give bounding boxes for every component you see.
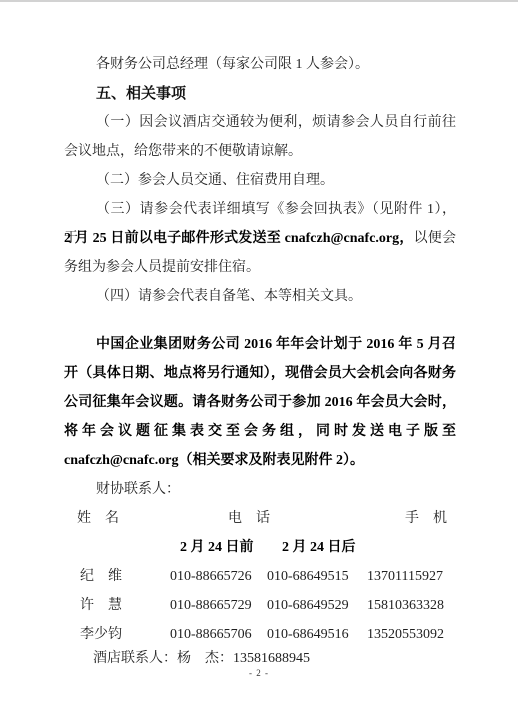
contact-phone-before: 010-88665729 (170, 591, 252, 620)
item1-line1: （一）因会议酒店交通较为便利，烦请参会人员自行前往 (64, 108, 456, 137)
contact-name: 李少钧 (80, 620, 122, 649)
item2-line: （二）参会人员交通、住宿费用自理。 (64, 166, 456, 195)
annual-meeting-line4: 将年会议题征集表交至会务组，同时发送电子版至 (64, 417, 456, 446)
annual-meeting-line5: cnafczh@cnafc.org（相关要求及附表见附件 2）。 (64, 446, 456, 475)
paragraph-gap (64, 311, 456, 330)
contacts-label: 财协联系人： (64, 475, 456, 504)
document-page: 各财务公司总经理（每家公司限 1 人参会）。 五、相关事项 （一）因会议酒店交通… (0, 0, 518, 724)
annual-meeting-line3: 公司征集年会议题。请各财务公司于参加 2016 年会员大会时， (64, 388, 456, 417)
item3-line2: 2 月 25 日前以电子邮件形式发送至 cnafczh@cnafc.org，以便… (64, 224, 456, 253)
subheader-phone-after: 2 月 24 日后 (282, 533, 356, 562)
header-mobile: 手 机 (405, 504, 447, 533)
contact-mobile: 13701115927 (367, 562, 443, 591)
contacts-table-subheader-row: 2 月 24 日前 2 月 24 日后 (64, 533, 456, 562)
contact-mobile: 13520553092 (367, 620, 444, 649)
item3-line2-tail-text: 以便会 (414, 231, 456, 246)
document-content: 各财务公司总经理（每家公司限 1 人参会）。 五、相关事项 （一）因会议酒店交通… (64, 50, 456, 673)
contact-phone-after: 010-68649515 (267, 562, 349, 591)
subheader-phone-before: 2 月 24 日前 (180, 533, 254, 562)
table-row: 纪 维 010-88665726 010-68649515 1370111592… (64, 562, 456, 591)
contact-phone-before: 010-88665706 (170, 620, 252, 649)
contacts-table-header-row: 姓 名 电 话 手 机 (64, 504, 456, 533)
contact-mobile: 15810363328 (367, 591, 444, 620)
page-number: - 2 - (0, 668, 518, 678)
item3-line2-bold-text: 2 月 25 日前以电子邮件形式发送至 cnafczh@cnafc.org， (64, 231, 414, 246)
annual-meeting-line2: 开（具体日期、地点将另行通知），现借会员大会机会向各财务 (64, 359, 456, 388)
item4-line: （四）请参会代表自备笔、本等相关文具。 (64, 282, 456, 311)
header-phone: 电 话 (228, 504, 270, 533)
contact-phone-after: 010-68649529 (267, 591, 349, 620)
header-name: 姓 名 (77, 504, 119, 533)
item3-line1: （三）请参会代表详细填写《参会回执表》（见附件 1），于 (64, 195, 456, 224)
contact-phone-after: 010-68649516 (267, 620, 349, 649)
contact-name: 许 慧 (80, 591, 122, 620)
item3-line3: 务组为参会人员提前安排住宿。 (64, 253, 456, 282)
page-top-border (0, 0, 518, 2)
contact-name: 纪 维 (80, 562, 122, 591)
table-row: 许 慧 010-88665729 010-68649529 1581036332… (64, 591, 456, 620)
table-row: 李少钧 010-88665706 010-68649516 1352055309… (64, 620, 456, 649)
section-heading: 五、相关事项 (64, 79, 456, 108)
attendees-line: 各财务公司总经理（每家公司限 1 人参会）。 (64, 50, 456, 79)
contact-phone-before: 010-88665726 (170, 562, 252, 591)
annual-meeting-line1: 中国企业集团财务公司 2016 年年会计划于 2016 年 5 月召 (64, 330, 456, 359)
item1-line2: 会议地点，给您带来的不便敬请谅解。 (64, 137, 456, 166)
